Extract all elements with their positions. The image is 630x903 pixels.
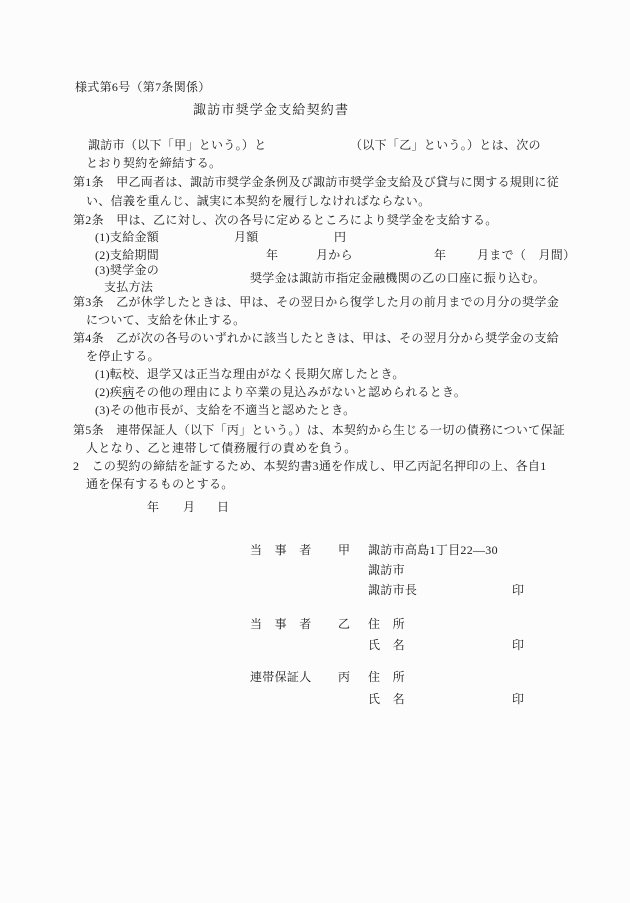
article4-item2-suffix: その他の理由により卒業の見込みがないと認められるとき。 — [135, 385, 467, 399]
contract-document-page: 様式第6号（第7条関係） 諏訪市奨学金支給契約書 諏訪市（以下「甲」という。）と… — [0, 0, 630, 903]
article4-item2: (2)疾病その他の理由により卒業の見込みがないと認められるとき。 — [95, 385, 466, 399]
party-a-role-label: 当 事 者 — [250, 543, 312, 557]
article5-line1: 第5条 連帯保証人（以下「丙」という。）は、本契約から生じる一切の債務について保… — [73, 423, 565, 437]
closing-paragraph-line1: 2 この契約の締結を証するため、本契約書3通を作成し、甲乙丙記名押印の上、各自1 — [73, 459, 547, 473]
guarantor-address-label: 住 所 — [368, 670, 405, 684]
item3-method-label-line2: 支払方法 — [104, 280, 153, 294]
date-year-label: 年 — [147, 500, 159, 514]
preamble-line1-party-b: （以下「乙」という。）とは、次の — [350, 138, 541, 152]
article1-line2: い、信義を重んじ、誠実に本契約を履行しなければならない。 — [86, 194, 430, 208]
document-title: 諏訪市奨学金支給契約書 — [193, 102, 349, 118]
party-b-role-label: 当 事 者 — [250, 617, 312, 631]
form-number-label: 様式第6号（第7条関係） — [75, 80, 211, 94]
party-a-organization: 諏訪市 — [368, 563, 405, 577]
article4-line2: を停止する。 — [86, 349, 160, 363]
party-a-designation: 甲 — [338, 543, 350, 557]
party-b-address-label: 住 所 — [368, 617, 405, 631]
item1-yen-label: 円 — [334, 230, 346, 244]
date-day-label: 日 — [217, 500, 229, 514]
article3-line2: について、支給を休止する。 — [86, 313, 245, 327]
preamble-line2: とおり契約を締結する。 — [86, 156, 221, 170]
guarantor-designation: 丙 — [338, 670, 350, 684]
party-a-signer-title: 諏訪市長 — [368, 583, 417, 597]
closing-paragraph-line2: 通を保有するものとする。 — [86, 477, 234, 491]
item3-method-label-line1: (3)奨学金の — [95, 263, 159, 277]
item3-method-value: 奨学金は諏訪市指定金融機関の乙の口座に振り込む。 — [250, 271, 545, 285]
item2-month-to: 月まで（ 月間） — [477, 248, 575, 262]
party-b-designation: 乙 — [338, 617, 350, 631]
article4-item1: (1)転校、退学又は正当な理由がなく長期欠席したとき。 — [95, 367, 405, 381]
party-b-name-label: 氏 名 — [368, 638, 405, 652]
item2-year-from: 年 — [266, 248, 278, 262]
article4-item2-prefix: (2)疾 — [95, 385, 122, 399]
article1-line1: 第1条 甲乙両者は、諏訪市奨学金条例及び諏訪市奨学金支給及び貸与に関する規則に従 — [73, 175, 559, 189]
item1-monthly-label: 月額 — [234, 230, 259, 244]
party-b-seal-mark: 印 — [512, 638, 524, 652]
party-a-seal-mark: 印 — [512, 583, 524, 597]
item2-period-label: (2)支給期間 — [95, 248, 159, 262]
item1-amount-label: (1)支給金額 — [95, 230, 159, 244]
article5-line2: 人となり、乙と連帯して債務履行の責めを負う。 — [86, 441, 357, 455]
date-month-label: 月 — [183, 500, 195, 514]
article4-line1: 第4条 乙が次の各号のいずれかに該当したときは、甲は、その翌月分から奨学金の支給 — [73, 331, 559, 345]
guarantor-role-label: 連帯保証人 — [250, 670, 312, 684]
guarantor-name-label: 氏 名 — [368, 692, 405, 706]
article4-item3: (3)その他市長が、支給を不適当と認めたとき。 — [95, 403, 355, 417]
article3-line1: 第3条 乙が休学したときは、甲は、その翌日から復学した月の前月までの月分の奨学金 — [73, 295, 559, 309]
item2-month-from: 月から — [316, 248, 353, 262]
guarantor-seal-mark: 印 — [512, 692, 524, 706]
item2-year-to: 年 — [434, 248, 446, 262]
article2-line: 第2条 甲は、乙に対し、次の各号に定めるところにより奨学金を支給する。 — [73, 213, 498, 227]
party-a-address: 諏訪市高島1丁目22—30 — [368, 543, 498, 557]
preamble-line1-party-a: 諏訪市（以下「甲」という。）と — [88, 138, 267, 152]
article4-item2-underlined-char: 病 — [122, 385, 134, 399]
